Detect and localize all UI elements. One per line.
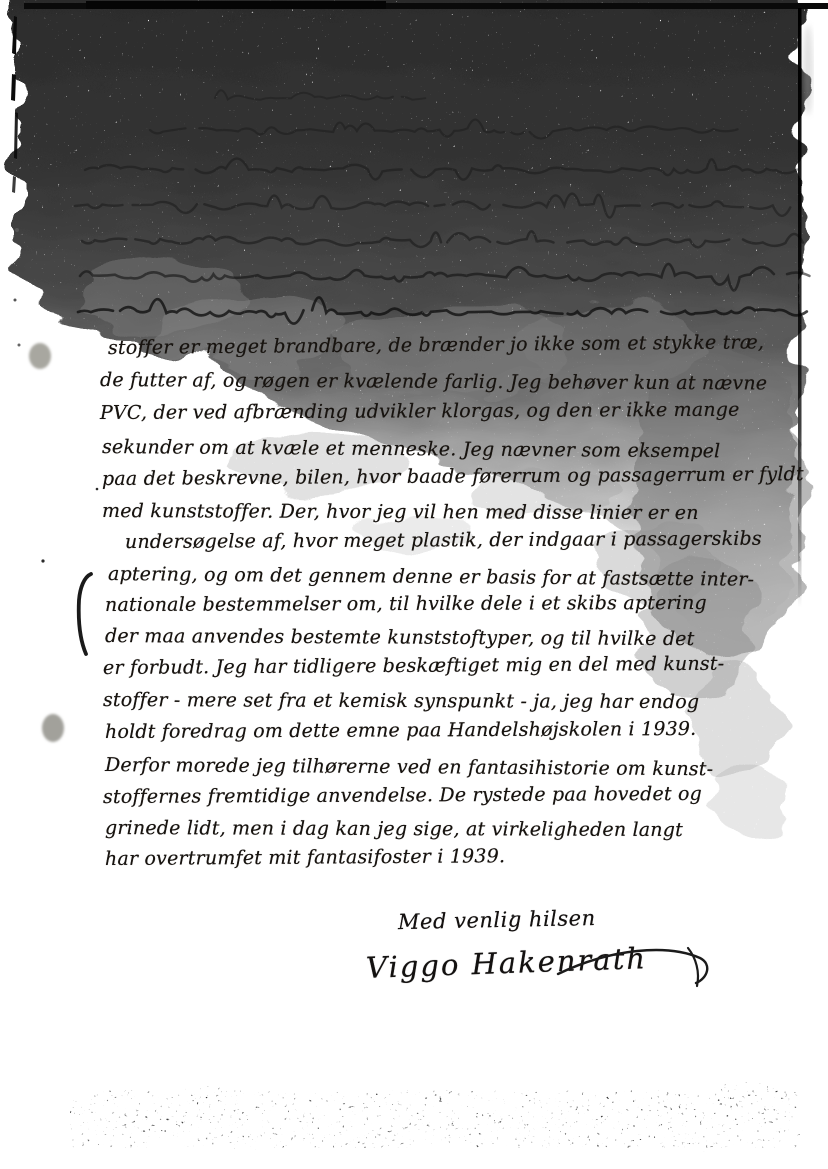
handwritten-line: de futter af, og røgen er kvælende farli… [100, 371, 767, 393]
letter-page: stoffer er meget brandbare, de brænder j… [0, 0, 828, 1169]
handwritten-line: undersøgelse af, hvor meget plastik, der… [125, 530, 762, 552]
handwritten-line: sekunder om at kvæle et menneske. Jeg næ… [102, 438, 720, 461]
handwritten-line: stoffer er meget brandbare, de brænder j… [108, 333, 764, 358]
handwritten-line: paa det beskrevne, bilen, hvor baade før… [102, 465, 804, 489]
handwritten-line: stoffer - mere set fra et kemisk synspun… [103, 691, 699, 712]
handwritten-line: der maa anvendes bestemte kunststoftyper… [105, 627, 695, 649]
handwritten-line: stoffernes fremtidige anvendelse. De rys… [103, 785, 702, 807]
handwritten-line: er forbudt. Jeg har tidligere beskæftige… [103, 655, 724, 678]
handwritten-line: Derfor morede jeg tilhørerne ved en fant… [105, 756, 713, 779]
handwritten-line: nationale bestemmelser om, til hvilke de… [105, 594, 707, 615]
handwritten-line: aptering, og om det gennem denne er basi… [108, 565, 754, 590]
handwritten-line: med kunststoffer. Der, hvor jeg vil hen … [102, 502, 699, 523]
handwritten-line: grinede lidt, men i dag kan jeg sige, at… [105, 819, 683, 840]
letter-body: stoffer er meget brandbare, de brænder j… [0, 0, 828, 1169]
handwritten-line: har overtrumfet mit fantasifoster i 1939… [105, 847, 505, 869]
handwritten-line: PVC, der ved afbrænding udvikler klorgas… [100, 401, 740, 423]
handwritten-line: holdt foredrag om dette emne paa Handels… [105, 720, 696, 742]
